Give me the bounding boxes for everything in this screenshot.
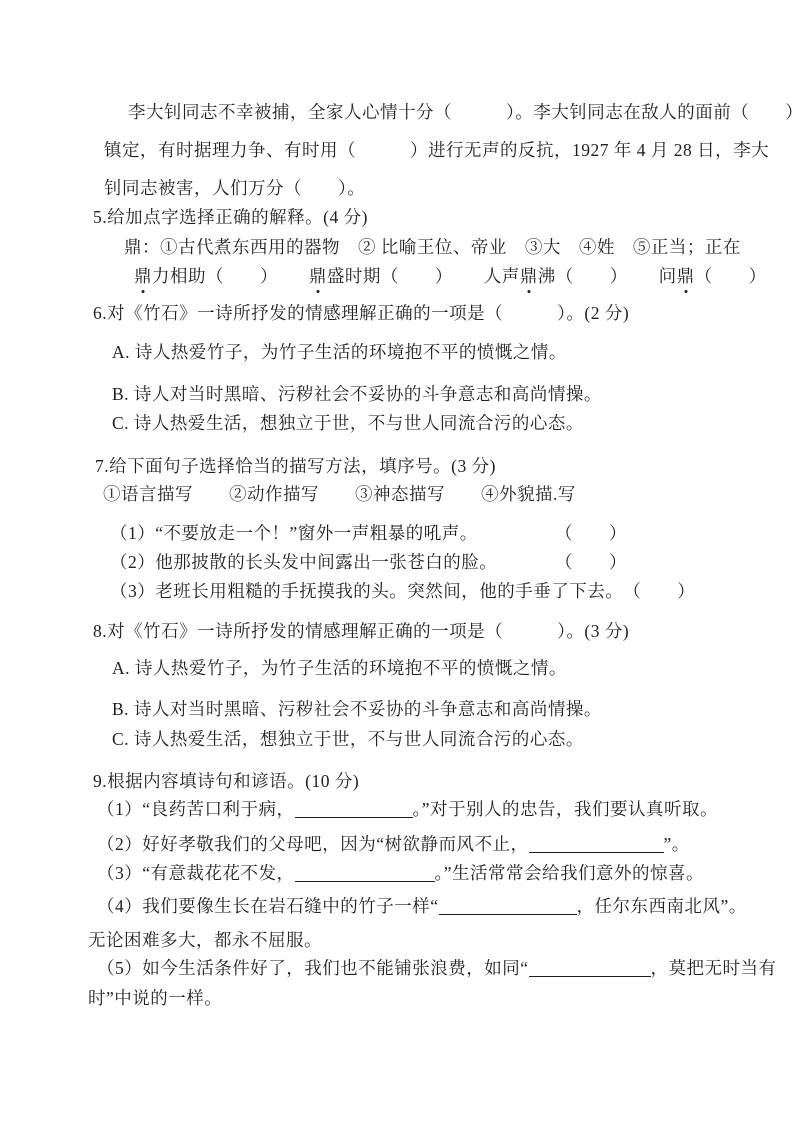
question-9-item-5: （5）如今生活条件好了，我们也不能铺张浪费，如同“，莫把无时当有	[97, 956, 777, 980]
question-8-title: 8.对《竹石》一诗所抒发的情感理解正确的一项是（ ）。(3 分)	[93, 619, 629, 643]
item-post: 。”对于别人的忠告，我们要认真听取。	[413, 799, 719, 819]
item-pre: （3）“有意裁花花不发，	[97, 863, 295, 883]
question-9-item-1: （1）“良药苦口利于病，。”对于别人的忠告，我们要认真听取。	[97, 797, 718, 821]
emphasized-char: 鼎	[134, 264, 152, 288]
exam-page: 李大钊同志不幸被捕，全家人心情十分（ ）。李大钊同志在敌人的面前（ ） 镇定，有…	[0, 0, 793, 1122]
question-9-item-3: （3）“有意裁花花不发，。”生活常常会给我们意外的惊喜。	[97, 861, 704, 885]
row-text: （3）老班长用粗糙的手抚摸我的头。突然间，他的手垂了下去。	[110, 579, 623, 603]
item-post: ，任尔东西南北风”。	[577, 896, 747, 916]
question-9-item-2: （2）好好孝敬我们的父母吧，因为“树欲静而风不止，”。	[97, 832, 690, 856]
passage-line-2: 镇定，有时据理力争、有时用（ ）进行无声的反抗，1927 年 4 月 28 日，…	[104, 138, 769, 162]
row-text: （1）“不要放走一个！”窗外一声粗暴的吼声。	[110, 521, 478, 545]
passage-line-1: 李大钊同志不幸被捕，全家人心情十分（ ）。李大钊同志在敌人的面前（ ）	[128, 100, 793, 124]
q5-item-3: 人声鼎沸（ ）	[484, 266, 628, 286]
emphasized-char: 鼎	[309, 264, 327, 288]
item-post: （ ）	[695, 266, 767, 286]
answer-blank	[295, 867, 435, 882]
answer-brackets: （ ）	[555, 521, 627, 545]
answer-brackets: （ ）	[623, 579, 695, 603]
question-7-title: 7.给下面句子选择恰当的描写方法，填序号。(3 分)	[95, 454, 496, 478]
item-pre: （5）如今生活条件好了，我们也不能铺张浪费，如同“	[97, 958, 529, 978]
q5-item-2: 鼎盛时期（ ）	[309, 266, 453, 286]
passage-line-3: 钊同志被害，人们万分（ ）。	[104, 176, 365, 200]
question-6-option-c: C. 诗人热爱生活，想独立于世，不与世人同流合污的心态。	[112, 411, 584, 435]
question-7-row-3: （3）老班长用粗糙的手抚摸我的头。突然间，他的手垂了下去。 （ ）	[110, 579, 627, 603]
answer-blank	[295, 803, 413, 818]
answer-blank	[529, 962, 651, 977]
question-6-option-b: B. 诗人对当时黑暗、污秽社会不妥协的斗争意志和高尚情操。	[112, 382, 602, 406]
emphasized-char: 鼎	[677, 264, 695, 288]
item-pre: （2）好好孝敬我们的父母吧，因为“树欲静而风不止，	[97, 834, 529, 854]
question-9-title: 9.根据内容填诗句和谚语。(10 分)	[93, 769, 359, 793]
item-post: 力相助（ ）	[152, 266, 278, 286]
item-pre: 问	[659, 266, 677, 286]
item-post: ，莫把无时当有	[651, 958, 777, 978]
question-9-item-4-continuation: 无论困难多大，都永不屈服。	[88, 928, 322, 952]
q5-item-1: 鼎力相助（ ）	[134, 266, 278, 286]
question-5-title: 5.给加点字选择正确的解释。(4 分)	[93, 205, 368, 229]
question-8-option-b: B. 诗人对当时黑暗、污秽社会不妥协的斗争意志和高尚情操。	[112, 697, 602, 721]
answer-blank	[529, 838, 664, 853]
answer-brackets: （ ）	[555, 550, 627, 574]
question-8-option-a: A. 诗人热爱竹子，为竹子生活的环境抱不平的愤慨之情。	[112, 656, 567, 680]
item-post: ”。	[664, 834, 690, 854]
q5-item-4: 问鼎（ ）	[659, 266, 767, 286]
question-5-definitions: 鼎：①古代煮东西用的器物 ② 比喻王位、帝业 ③大 ④姓 ⑤正当；正在	[124, 235, 741, 259]
row-text: （2）他那披散的长头发中间露出一张苍白的脸。	[110, 550, 497, 574]
question-8-option-c: C. 诗人热爱生活，想独立于世，不与世人同流合污的心态。	[112, 727, 584, 751]
question-5-answer-items: 鼎力相助（ ） 鼎盛时期（ ） 人声鼎沸（ ） 问鼎（ ）	[134, 264, 793, 288]
item-post: 盛时期（ ）	[327, 266, 453, 286]
item-pre: （4）我们要像生长在岩石缝中的竹子一样“	[97, 896, 439, 916]
question-7-options: ①语言描写 ②动作描写 ③神态描写 ④外貌描.写	[103, 482, 576, 506]
item-pre: 人声	[484, 266, 520, 286]
question-7-row-1: （1）“不要放走一个！”窗外一声粗暴的吼声。 （ ）	[110, 521, 627, 545]
question-7-row-2: （2）他那披散的长头发中间露出一张苍白的脸。 （ ）	[110, 550, 627, 574]
item-pre: （1）“良药苦口利于病，	[97, 799, 295, 819]
question-9-item-4: （4）我们要像生长在岩石缝中的竹子一样“，任尔东西南北风”。	[97, 894, 747, 918]
item-post: 。”生活常常会给我们意外的惊喜。	[435, 863, 705, 883]
question-6-title: 6.对《竹石》一诗所抒发的情感理解正确的一项是（ ）。(2 分)	[93, 301, 629, 325]
answer-blank	[439, 900, 577, 915]
emphasized-char: 鼎	[520, 264, 538, 288]
item-post: 沸（ ）	[538, 266, 628, 286]
question-9-item-5-continuation: 时”中说的一样。	[88, 986, 222, 1010]
question-6-option-a: A. 诗人热爱竹子，为竹子生活的环境抱不平的愤慨之情。	[112, 340, 567, 364]
